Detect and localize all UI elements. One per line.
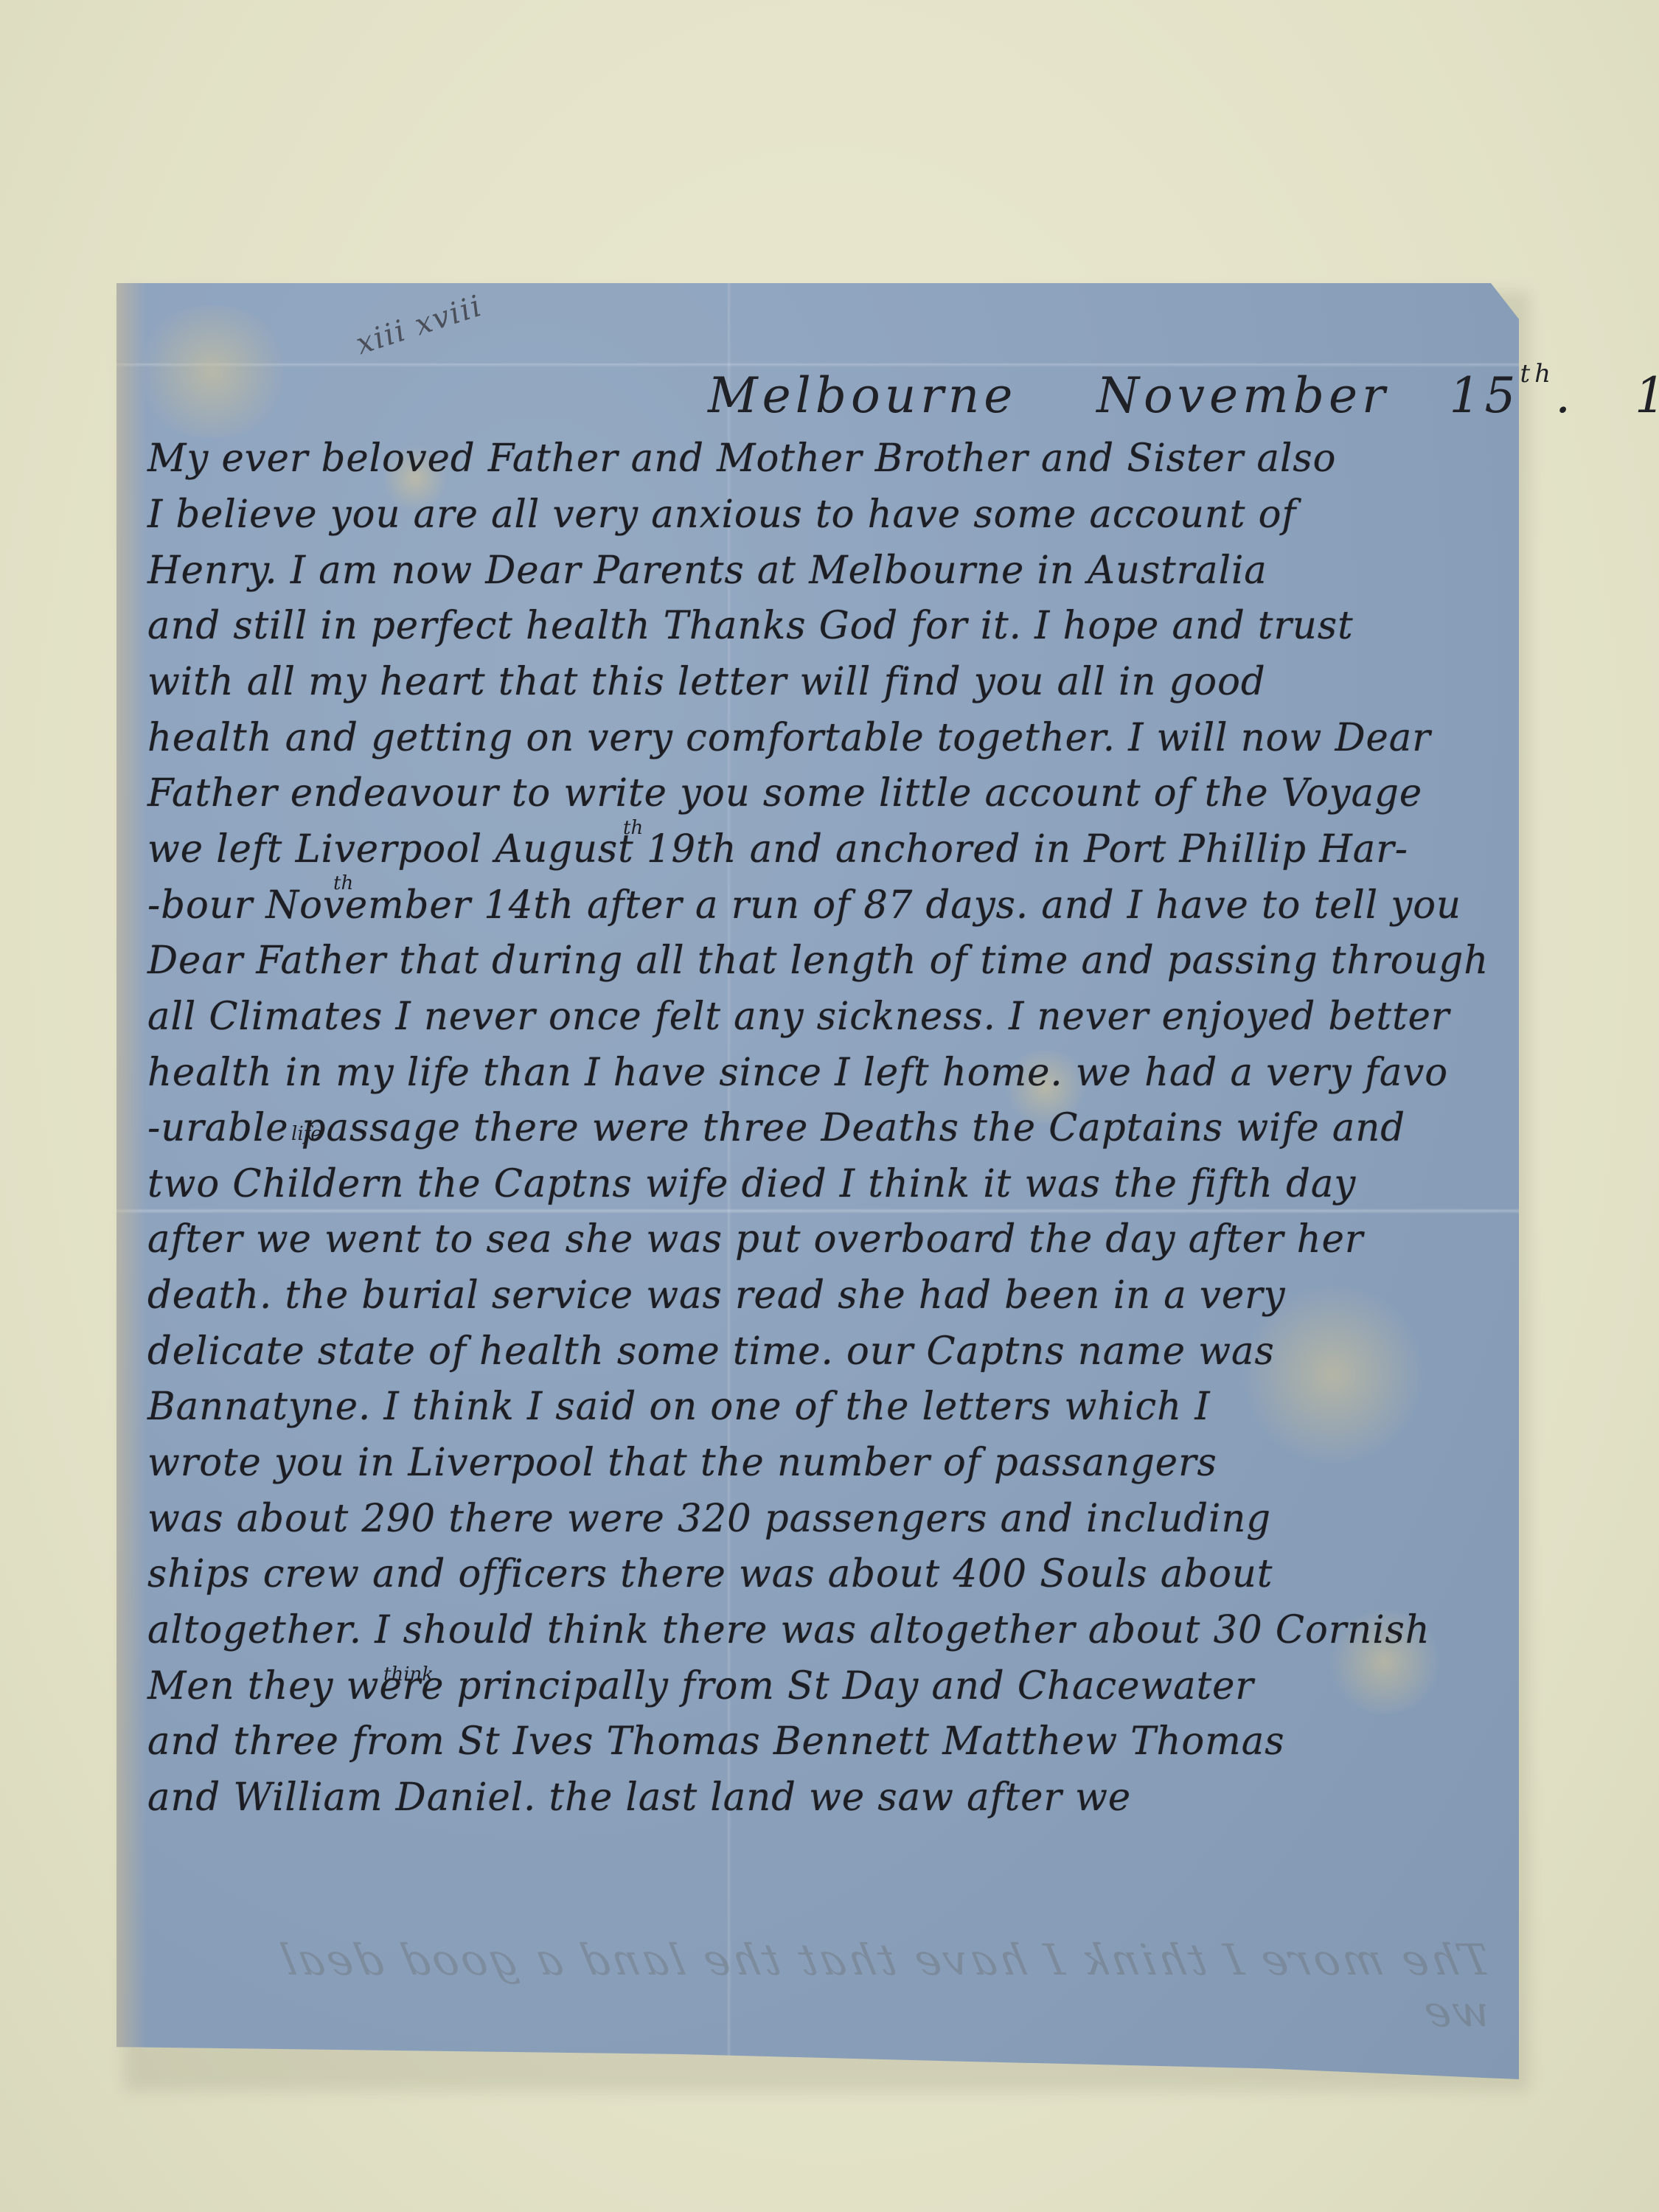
letter-line: two Childern the Captns wife died I thin… [147,1165,1497,1203]
letter-line: Father endeavour to write you some littl… [147,774,1497,813]
letter-line: delicate state of health some time. our … [147,1332,1497,1371]
bleed-through-text: The more I think I have that the land a … [141,1935,1495,1985]
letter-line: Bannatyne. I think I said on one of the … [147,1388,1497,1426]
paper-stain [131,305,293,438]
letter-line: health and getting on very comfortable t… [147,719,1497,757]
letter-line: wrote you in Liverpool that the number o… [147,1444,1497,1482]
letter-line: and three from St Ives Thomas Bennett Ma… [147,1722,1497,1761]
letter-line: -urable passage there were three Deaths … [147,1109,1497,1147]
letter-heading: Melbourne November 15th. 1854 [708,367,1659,424]
letter-line: we left Liverpool August 19th and anchor… [147,830,1497,869]
letter-line: Men they were principally from St Day an… [147,1667,1497,1705]
letter-line: death. the burial service was read she h… [147,1276,1497,1315]
letter-line: Henry. I am now Dear Parents at Melbourn… [147,552,1497,590]
heading-day-suffix: th [1520,359,1556,389]
letter-line: and still in perfect health Thanks God f… [147,607,1497,645]
letter-line: and William Daniel. the last land we saw… [147,1778,1497,1817]
letter-line: after we went to sea she was put overboa… [147,1220,1497,1259]
letter-line: health in my life than I have since I le… [147,1054,1497,1092]
letter-line: Dear Father that during all that length … [147,942,1497,980]
insertion-november-suffix: th [333,872,353,894]
heading-year: 1854 [1635,367,1659,424]
letter-line: all Climates I never once felt any sickn… [147,998,1497,1036]
letter-line: was about 290 there were 320 passengers … [147,1500,1497,1538]
insertion-life: life [291,1123,322,1145]
heading-place: Melbourne [708,367,1017,424]
bleed-through-text: we [141,1986,1495,2037]
insertion-think: think [383,1663,434,1686]
letter-line: ships crew and officers there was about … [147,1555,1497,1593]
letter-line: My ever beloved Father and Mother Brothe… [147,439,1497,478]
letter-line: altogether. I should think there was alt… [147,1611,1497,1649]
letter-line: I believe you are all very anxious to ha… [147,495,1497,534]
heading-day: 15 [1450,367,1520,424]
heading-month: November [1096,367,1389,424]
letter-line: with all my heart that this letter will … [147,663,1497,701]
insertion-august-suffix: th [623,817,643,839]
